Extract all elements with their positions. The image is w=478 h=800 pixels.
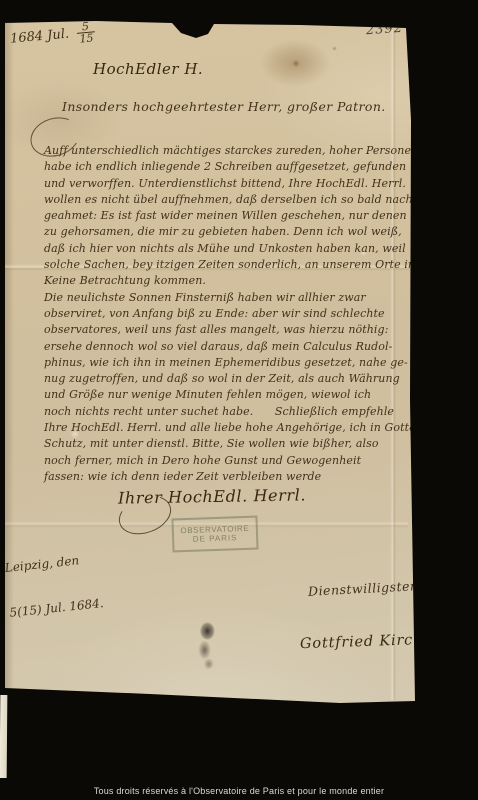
body-line: observatores, weil uns fast alles mangel… — [44, 322, 418, 338]
docket-date-fraction: 5 15 — [76, 20, 96, 44]
letter-dateline: Leipzig, den 5(15) Jul. 1684. — [1, 521, 107, 650]
body-line: Keine Betrachtung kommen. — [44, 273, 418, 289]
letter-body: Auff unterschiedlich mächtiges starckes … — [44, 143, 418, 485]
docket-date-text: 1684 Jul. — [10, 27, 70, 47]
scanned-letter-photo: { "document": { "docket": { "date_text":… — [0, 0, 478, 800]
body-line: zu gehorsamen, die mir zu gebieten haben… — [44, 224, 418, 240]
paper-stain — [292, 60, 300, 67]
archive-stamp-line2: DE PARIS — [193, 533, 238, 544]
body-line: fassen: wie ich denn ieder Zeit verbleib… — [44, 469, 418, 485]
body-line: Schutz, mit unter dienstl. Bitte, Sie wo… — [44, 436, 418, 452]
body-line: habe ich endlich inliegende 2 Schreiben … — [44, 159, 418, 175]
dateline-date: 5(15) Jul. 1684. — [9, 596, 105, 621]
archive-stamp: OBSERVATOIRE DE PARIS — [171, 516, 258, 553]
dateline-place: Leipzig, den — [4, 551, 100, 576]
body-line: ersehe dennoch wol so viel daraus, daß m… — [44, 339, 418, 355]
letter-salutation: Insonders hochgeehrtester Herr, großer P… — [62, 99, 386, 114]
body-line: Die neulichste Sonnen Finsterniß haben w… — [44, 290, 418, 306]
copyright-caption: Tous droits réservés à l'Observatoire de… — [0, 786, 478, 796]
body-line: noch ferner, mich in Dero hohe Gunst und… — [44, 453, 418, 469]
body-line: observiret, von Anfang biß zu Ende: aber… — [44, 306, 418, 322]
body-line: daß ich hier von nichts als Mühe und Unk… — [44, 241, 418, 257]
body-line: nug zugetroffen, und daß so wol in der Z… — [44, 371, 418, 387]
body-line: solche Sachen, bey itzigen Zeiten sonder… — [44, 257, 418, 273]
body-line: wollen es nicht übel auffnehmen, daß der… — [44, 192, 418, 208]
body-line: Ihre HochEdl. Herrl. und alle liebe hohe… — [44, 420, 418, 436]
letter-heading: HochEdler H. — [93, 60, 203, 78]
body-line: und verworffen. Unterdienstlichst bitten… — [44, 176, 418, 192]
underlying-page-edge — [0, 695, 7, 778]
body-line: phinus, wie ich ihn in meinen Ephemeridi… — [44, 355, 418, 371]
body-line: geahmet: Es ist fast wider meinen Willen… — [44, 208, 418, 224]
paper-stain — [332, 46, 337, 51]
manuscript-page: 1684 Jul. 5 15 2392 HochEdler H. Insonde… — [0, 0, 478, 800]
body-line: noch nichts recht unter suchet habe. Sch… — [44, 404, 418, 420]
folio-number: 2392 — [366, 21, 404, 39]
body-line: Auff unterschiedlich mächtiges starckes … — [44, 143, 418, 159]
body-line: und Größe nur wenige Minuten fehlen möge… — [44, 387, 418, 403]
